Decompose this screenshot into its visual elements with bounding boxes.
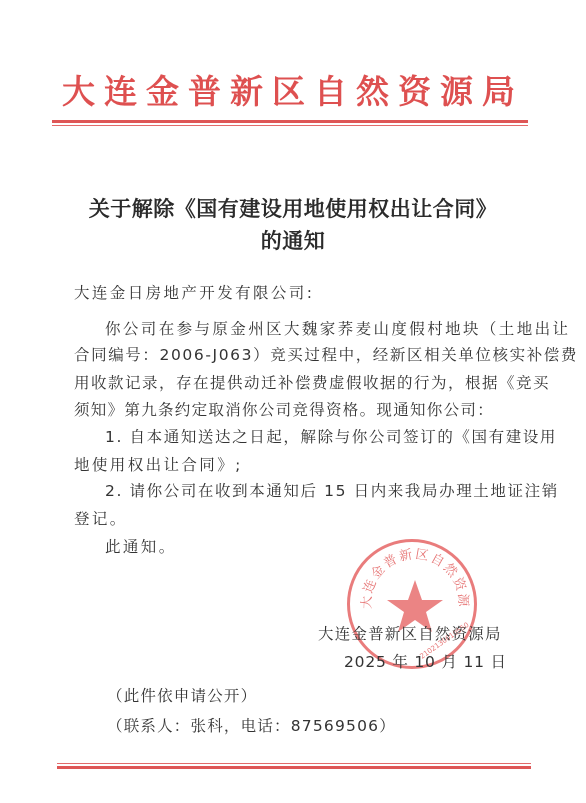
masthead-organization: 大连金普新区自然资源局 <box>0 72 586 112</box>
contact-info: （联系人：张科，电话：87569506） <box>107 714 396 736</box>
item1-line2: 地使用权出让合同》; <box>74 453 243 475</box>
item2-line2: 登记。 <box>74 507 128 529</box>
document-title-line1: 关于解除《国有建设用地使用权出让合同》 <box>0 193 586 223</box>
footer-rule-thin <box>57 763 531 764</box>
signature-issuer: 大连金普新区自然资源局 <box>318 622 502 644</box>
paragraph1-line3: 用收款记录，存在提供动迁补偿费虚假收据的行为，根据《竞买 <box>74 371 550 393</box>
masthead-rule-thin <box>52 125 528 126</box>
masthead-rule-thick <box>52 120 528 123</box>
item2-line1: 2. 请你公司在收到本通知后 15 日内来我局办理土地证注销 <box>105 479 559 501</box>
paragraph1-line4: 须知》第九条约定取消你公司竞得资格。现通知你公司： <box>74 398 494 420</box>
paragraph1-line2: 合同编号：2006-J063）竞买过程中，经新区相关单位核实补偿费 <box>74 343 578 365</box>
paragraph1-line1: 你公司在参与原金州区大魏家荞麦山度假村地块（土地出让 <box>105 317 570 339</box>
item1-line1: 1. 自本通知送达之日起，解除与你公司签订的《国有建设用 <box>105 425 557 447</box>
signature-date: 2025 年 10 月 11 日 <box>344 650 507 672</box>
closing: 此通知。 <box>105 535 177 557</box>
footer-rule-thick <box>57 766 531 769</box>
disclosure-note: （此件依申请公开） <box>107 684 257 706</box>
addressee: 大连金日房地产开发有限公司: <box>74 281 314 303</box>
document-title-line2: 的通知 <box>0 225 586 255</box>
